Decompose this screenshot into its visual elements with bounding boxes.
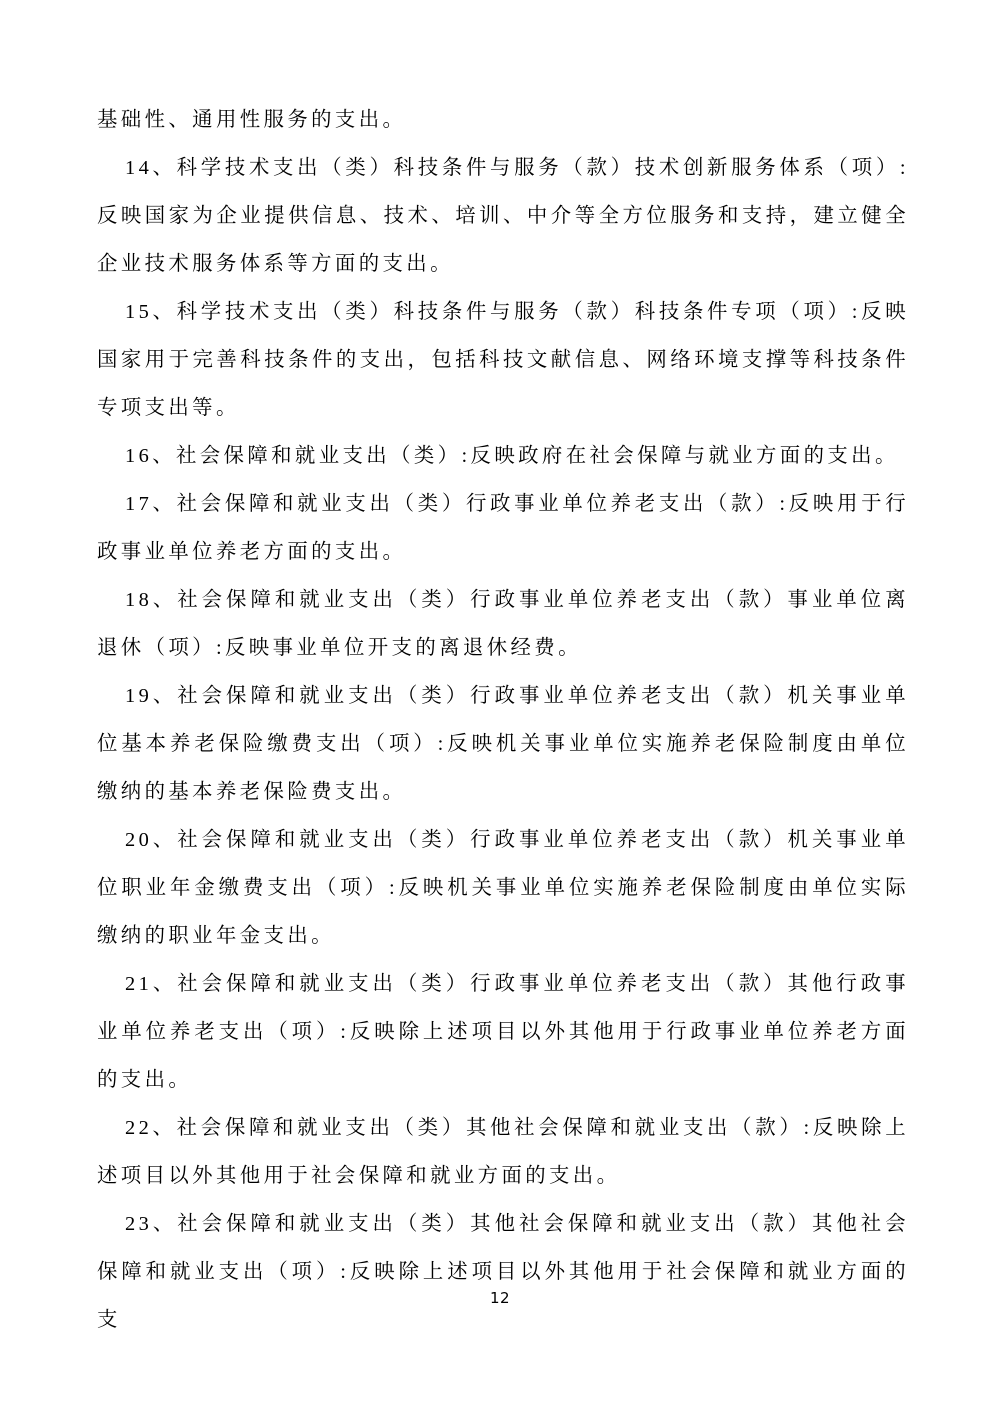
paragraph-item-22: 22、社会保障和就业支出（类）其他社会保障和就业支出（款）:反映除上述项目以外其…	[97, 1104, 909, 1200]
paragraph-item-16: 16、社会保障和就业支出（类）:反映政府在社会保障与就业方面的支出。	[97, 432, 909, 480]
page-number: 12	[0, 1289, 1000, 1307]
paragraph-item-18: 18、社会保障和就业支出（类）行政事业单位养老支出（款）事业单位离退休（项）:反…	[97, 576, 909, 672]
paragraph-item-15: 15、科学技术支出（类）科技条件与服务（款）科技条件专项（项）:反映国家用于完善…	[97, 288, 909, 432]
paragraph-item-19: 19、社会保障和就业支出（类）行政事业单位养老支出（款）机关事业单位基本养老保险…	[97, 672, 909, 816]
paragraph-item-23: 23、社会保障和就业支出（类）其他社会保障和就业支出（款）其他社会保障和就业支出…	[97, 1200, 909, 1344]
paragraph-item-20: 20、社会保障和就业支出（类）行政事业单位养老支出（款）机关事业单位职业年金缴费…	[97, 816, 909, 960]
document-page: 基础性、通用性服务的支出。 14、科学技术支出（类）科技条件与服务（款）技术创新…	[0, 0, 1000, 1414]
paragraph-continuation: 基础性、通用性服务的支出。	[97, 96, 909, 144]
paragraph-item-17: 17、社会保障和就业支出（类）行政事业单位养老支出（款）:反映用于行政事业单位养…	[97, 480, 909, 576]
paragraph-item-14: 14、科学技术支出（类）科技条件与服务（款）技术创新服务体系（项）:反映国家为企…	[97, 144, 909, 288]
document-body: 基础性、通用性服务的支出。 14、科学技术支出（类）科技条件与服务（款）技术创新…	[97, 96, 909, 1344]
paragraph-item-21: 21、社会保障和就业支出（类）行政事业单位养老支出（款）其他行政事业单位养老支出…	[97, 960, 909, 1104]
